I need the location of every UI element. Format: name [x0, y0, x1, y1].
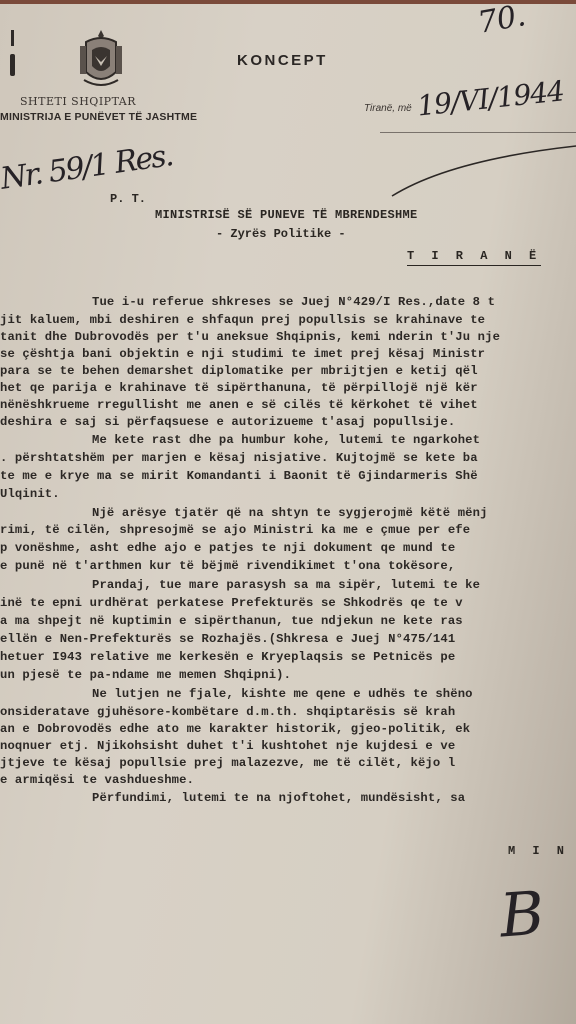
body-line: tanit dhe Dubrovodës per t'u aneksue Shq… [0, 330, 500, 344]
date-underline [380, 132, 576, 133]
salutation-abbrev: P. T. [110, 192, 146, 206]
folio-number: 70. [475, 0, 528, 41]
body-line: p vonëshme, asht edhe ajo e patjes te nj… [0, 541, 455, 555]
body-line: het qe parija e krahinave të sipërthanun… [0, 381, 478, 395]
body-line: Prandaj, tue mare parasysh sa ma sipër, … [0, 578, 480, 592]
body-line: Ulqinit. [0, 487, 60, 501]
body-line: e punë në t'arthmen kur të bëjmë rivendi… [0, 559, 455, 573]
body-line: se çështja bani objektin e nji studimi t… [0, 347, 485, 361]
body-line: un pjesë te pa-ndame me memen Shqipni). [0, 668, 291, 682]
body-line: jtjeve te kësaj popullsie prej malazezve… [0, 756, 455, 770]
body-line: Tue i-u referue shkreses se Juej N°429/I… [0, 295, 495, 309]
body-line: Me kete rast dhe pa humbur kohe, lutemi … [0, 433, 480, 447]
body-line: deshira e saj si përfaqsuese e autorizue… [0, 415, 455, 429]
body-line: hetuer I943 relative me kerkesën e Kryep… [0, 650, 455, 664]
place-date-label: Tiranë, më [364, 103, 412, 114]
body-line: inë te epni urdhërat perkatese Prefektur… [0, 596, 463, 610]
body-line: an e Dobrovodës edhe ato me karakter his… [0, 722, 470, 736]
handwritten-signature: B [498, 879, 547, 952]
body-line: Përfundimi, lutemi te na njoftohet, mund… [0, 791, 465, 805]
draft-stamp-title: KONCEPT [237, 52, 328, 69]
handwritten-date: 19/VI/1944 [416, 74, 566, 122]
pen-stroke-mark [380, 140, 576, 200]
body-line: onsideratave gjuhësore-kombëtare d.m.th.… [0, 705, 455, 719]
body-line: noqnuer etj. Njikohsisht duhet t'i kusht… [0, 739, 455, 753]
body-line: Ne lutjen ne fjale, kishte me qene e udh… [0, 687, 473, 701]
handwritten-reference-number: Nr. 59/1 Res. [0, 138, 174, 197]
addressee: MINISTRISË SË PUNEVE TË MBRENDESHME [155, 208, 418, 222]
punch-hole-marks [6, 28, 20, 88]
body-line: a ma shpejt në kuptimin e sipërthanun, t… [0, 614, 463, 628]
body-line: e armiqësi te vashdueshme. [0, 773, 194, 787]
body-line: nënëshkrueme rregullisht me anen e së ci… [0, 398, 478, 412]
body-line: para se te behen demarshet diplomatike p… [0, 364, 478, 378]
signature-title: M I N I [508, 844, 576, 858]
coat-of-arms-icon [78, 28, 124, 90]
letterhead-ministry: MINISTRIJA E PUNËVET TË JASHTME [0, 111, 197, 123]
body-line: Një arësye tjatër që na shtyn te sygjero… [0, 506, 488, 520]
body-line: ellën e Nen-Prefekturës se Rozhajës.(Shk… [0, 632, 455, 646]
addressee-city: T I R A N Ë [407, 249, 541, 266]
letterhead-state: SHTETI SHQIPTAR [20, 95, 136, 108]
body-line: . përshtatshëm per marjen e kësaj nisjat… [0, 451, 478, 465]
addressee-office: - Zyrës Politike - [216, 227, 346, 241]
body-line: rimi, të cilën, shpresojmë se ajo Minist… [0, 523, 470, 537]
body-line: te me e krye ma se mirit Komandanti i Ba… [0, 469, 478, 483]
body-line: jit kaluem, mbi deshiren e shfaqun prej … [0, 313, 485, 327]
